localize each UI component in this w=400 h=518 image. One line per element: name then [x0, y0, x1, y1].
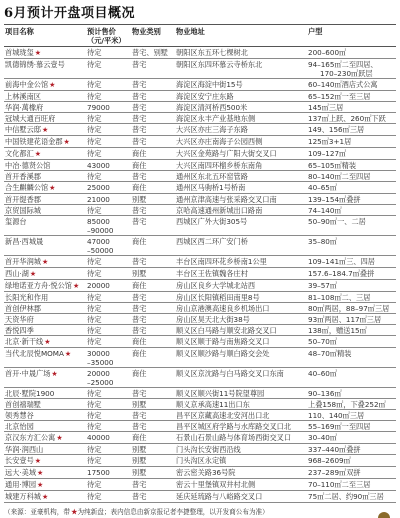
price: 待定 [87, 315, 131, 324]
project-name: 天资华府 [5, 315, 34, 324]
project-name-cell: 西山·湖★ [4, 268, 86, 280]
price-upper: –25000 [87, 378, 131, 387]
layout: 55–169㎡一至四居 [308, 422, 396, 431]
address: 密云十里堡镇双井村北侧 [175, 479, 307, 491]
property-type: 普宅 [131, 205, 175, 216]
price-cell: 待定 [86, 171, 131, 182]
table-row: 天资华府待定普宅房山区昊天北大街38号93㎡两居、117㎡三居 [4, 314, 396, 325]
price: 20000 [87, 369, 131, 378]
property-type: 普宅 [131, 325, 175, 336]
price: 79000 [87, 103, 131, 112]
project-name: 首开缇香郡 [5, 195, 41, 204]
property-type: 普宅 [131, 124, 175, 136]
new-project-star-icon: ★ [65, 350, 71, 358]
project-name-cell: 首开·中晟广场★ [4, 368, 86, 388]
property-type: 普宅 [131, 59, 175, 79]
project-name-cell: 冠城大通百旺府 [4, 113, 86, 124]
layout-cell: 74–140㎡ [307, 205, 396, 216]
property-type: 商住 [131, 432, 175, 444]
layout-cell: 48–70㎡精装 [307, 348, 396, 368]
address: 顺义区顺于路与南焦路交叉口 [175, 336, 307, 348]
layout-cell: 145㎡三居 [307, 102, 396, 113]
layout: 125㎡3+1居 [308, 137, 396, 146]
table-row: 绿地诺亚方舟·悦公馆★20000商住房山区良乡大学城北站西39–57㎡ [4, 280, 396, 292]
price-cell: 79000 [86, 102, 131, 113]
property-type: 普宅 [131, 216, 175, 236]
price-cell: 待定 [86, 47, 131, 59]
table-row: 领秀慧谷待定普宅昌平区京藏高速北安河出口北110、140㎡三居 [4, 410, 396, 421]
layout: 81–108㎡二、三居 [308, 293, 396, 302]
price: 43000 [87, 161, 131, 170]
price-cell: 待定 [86, 421, 131, 432]
project-name: 远大·美域 [5, 468, 36, 477]
project-name: 中国铁建花语金郡 [5, 137, 63, 146]
price: 待定 [87, 480, 131, 489]
project-name-cell: 首城珑玺★ [4, 47, 86, 59]
layout-cell: 125㎡3+1居 [307, 136, 396, 148]
table-row: 合生麒麟公馆★25000商住通州区马驹桥1号桥南40–65㎡ [4, 182, 396, 194]
price-cell: 待定 [86, 256, 131, 268]
table-row: 京贸国际城待定普宅京哈高速通州新城出口路南74–140㎡ [4, 205, 396, 216]
price-cell: 待定 [86, 91, 131, 102]
price-cell: 30000–35000 [86, 348, 131, 368]
address: 房山京港澳高速良乡机场出口 [175, 303, 307, 314]
address: 房山区良乡大学城北站西 [175, 280, 307, 292]
project-name-cell: 文化都汇★ [4, 148, 86, 160]
layout-cell: 35–80㎡ [307, 236, 396, 256]
price: 待定 [87, 411, 131, 420]
source-note-text-1: （来源：亚豪机构，带 [4, 508, 70, 516]
address: 大兴区亦庄三海子东路 [175, 124, 307, 136]
property-type: 普宅 [131, 479, 175, 491]
project-name-cell: 天资华府 [4, 314, 86, 325]
table-row: 京汉东方汇公寓★40000商住石景山石景山路与体育场西街交叉口30–40㎡ [4, 432, 396, 444]
address: 房山区长阳镇稻田南里8号 [175, 292, 307, 303]
project-name: 新昌·西城晟 [5, 237, 43, 246]
table-row: 前海中金公馆★待定普宅海淀区海淀中街15号60–140㎡酒店式公寓 [4, 79, 396, 91]
layout: 35–80㎡ [308, 237, 396, 246]
table-row: 华润·萬橡府79000普宅海淀区清河桥西500米145㎡三居 [4, 102, 396, 113]
price-cell: 待定 [86, 444, 131, 455]
table-row: 新昌·西城晟47000–50000商住西城区西二环广安门桥35–80㎡ [4, 236, 396, 256]
address: 密云密关路36号院 [175, 467, 307, 479]
property-type: 普宅、别墅 [131, 47, 175, 59]
layout: 80㎡两居，88–97㎡三居 [308, 304, 396, 313]
project-name: 香悦四季 [5, 326, 34, 335]
address: 顺义区顺兴街11号院望尊园 [175, 388, 307, 399]
property-type: 商住 [131, 348, 175, 368]
price: 17500 [87, 468, 131, 477]
table-row: 香悦四季待定普宅顺义区白马路与顺安北路交叉口138㎡，赠送15㎡ [4, 325, 396, 336]
layout-cell: 70–110㎡二至三居 [307, 479, 396, 491]
project-name: 北京·新干线 [5, 337, 43, 346]
layout: 149、156㎡三居 [308, 125, 396, 134]
property-type: 普宅 [131, 421, 175, 432]
address: 顺义京承高速11出口东 [175, 399, 307, 410]
price: 待定 [87, 400, 131, 409]
layout: 60–140㎡酒店式公寓 [308, 80, 396, 89]
article-page: 6月预计开盘项目概况 项目名称 预计售价 （元/平米） 物业类别 物业地址 户型… [0, 0, 400, 518]
project-name-cell: 前海中金公馆★ [4, 79, 86, 91]
price: 25000 [87, 183, 131, 192]
new-project-star-icon: ★ [35, 49, 41, 57]
project-name: 当代北辰悦MOMA [5, 349, 64, 358]
project-name-cell: 合生麒麟公馆★ [4, 182, 86, 194]
layout-continued: 170–230㎡跃层 [308, 69, 396, 78]
project-name-cell: 中冶·德贤公馆 [4, 160, 86, 171]
project-name: 京汉东方汇公寓 [5, 433, 55, 442]
property-type: 商住 [131, 236, 175, 256]
layout-cell: 81–108㎡二、三居 [307, 292, 396, 303]
address: 通州区东北五环窑管路 [175, 171, 307, 182]
layout-cell: 94–165㎡二至四居、170–230㎡跃层 [307, 59, 396, 79]
project-name-cell: 北辰·墅院1900 [4, 388, 86, 399]
address: 顺义区白马路与顺安北路交叉口 [175, 325, 307, 336]
project-name: 首城珑玺 [5, 48, 34, 57]
layout: 968–2609㎡ [308, 456, 396, 465]
price: 待定 [87, 337, 131, 346]
property-type: 别墅 [131, 455, 175, 467]
project-name: 领秀慧谷 [5, 411, 34, 420]
layout-cell: 200–600㎡ [307, 47, 396, 59]
layout-cell: 50–70㎡ [307, 336, 396, 348]
layout: 39–57㎡ [308, 281, 396, 290]
price: 待定 [87, 60, 131, 69]
new-project-star-icon: ★ [64, 138, 70, 146]
price-cell: 待定 [86, 388, 131, 399]
layout-cell: 55–169㎡一至四居 [307, 421, 396, 432]
property-type: 别墅 [131, 194, 175, 205]
layout-cell: 65–152㎡一至三居 [307, 91, 396, 102]
layout: 90–136㎡ [308, 389, 396, 398]
layout-cell: 90–136㎡ [307, 388, 396, 399]
layout-cell: 40–65㎡ [307, 182, 396, 194]
project-name-cell: 首创禧瑞墅 [4, 399, 86, 410]
price: 待定 [87, 48, 131, 57]
header-project-name: 项目名称 [4, 25, 86, 47]
project-name-cell: 领秀慧谷 [4, 410, 86, 421]
property-type: 普宅 [131, 136, 175, 148]
price-cell: 待定 [86, 455, 131, 467]
project-name-cell: 城建万科城★ [4, 491, 86, 503]
new-project-star-icon: ★ [51, 370, 57, 378]
layout-cell: 60–140㎡酒店式公寓 [307, 79, 396, 91]
address: 海淀区海淀中街15号 [175, 79, 307, 91]
table-row: 首创伊林郡待定普宅房山京港澳高速良乡机场出口80㎡两居，88–97㎡三居 [4, 303, 396, 314]
address: 通州京津高速与张采路交叉口南 [175, 194, 307, 205]
price: 待定 [87, 114, 131, 123]
table-row: 长安壹号★待定别墅门头沟区永定镇968–2609㎡ [4, 455, 396, 467]
price-upper: –35000 [87, 358, 131, 367]
address: 海淀区清河桥西500米 [175, 102, 307, 113]
project-name: 绿地诺亚方舟·悦公馆 [5, 281, 72, 290]
address: 顺义区顺沙路与顺白路交会处 [175, 348, 307, 368]
layout-cell: 137㎡上跃、260㎡下跃 [307, 113, 396, 124]
layout: 110、140㎡三居 [308, 411, 396, 420]
address: 房山区昊天北大街38号 [175, 314, 307, 325]
table-row: 通用·博园★待定普宅密云十里堡镇双井村北侧70–110㎡二至三居 [4, 479, 396, 491]
layout: 30–40㎡ [308, 433, 396, 442]
layout-cell: 65–105㎡精装 [307, 160, 396, 171]
property-type: 普宅 [131, 314, 175, 325]
price: 待定 [87, 149, 131, 158]
project-name-cell: 北京·新干线★ [4, 336, 86, 348]
project-name-cell: 绿地诺亚方舟·悦公馆★ [4, 280, 86, 292]
table-row: 北京·新干线★待定商住顺义区顺于路与南焦路交叉口50–70㎡ [4, 336, 396, 348]
price: 待定 [87, 326, 131, 335]
table-row: 长阳光和作用待定普宅房山区长阳镇稻田南里8号81–108㎡二、三居 [4, 292, 396, 303]
price: 待定 [87, 389, 131, 398]
table-row: 中冶·德贤公馆43000商住大兴区南四环榴乡桥东南角65–105㎡精装 [4, 160, 396, 171]
price-cell: 47000–50000 [86, 236, 131, 256]
layout: 65–152㎡一至三居 [308, 92, 396, 101]
property-type: 普宅 [131, 171, 175, 182]
price-cell: 待定 [86, 148, 131, 160]
table-row: 西山·湖★待定别墅丰台区王佐镇魏各庄村157.6–184.7㎡叠拼 [4, 268, 396, 280]
new-project-star-icon: ★ [44, 338, 50, 346]
project-name-cell: 华润·润西山 [4, 444, 86, 455]
project-name-cell: 京汉东方汇公寓★ [4, 432, 86, 444]
layout-cell: 109–127㎡ [307, 148, 396, 160]
layout: 70–110㎡二至三居 [308, 480, 396, 489]
table-row: 北京怡园待定普宅昌平区城区府学路与水库路交叉口北55–169㎡一至四居 [4, 421, 396, 432]
project-name-cell: 凯德锦绣·慕云壹号 [4, 59, 86, 79]
price-cell: 待定 [86, 292, 131, 303]
address: 大兴区亦庄南海子公园西侧 [175, 136, 307, 148]
price-cell: 待定 [86, 410, 131, 421]
layout-cell: 30–40㎡ [307, 432, 396, 444]
project-name: 长阳光和作用 [5, 293, 48, 302]
property-type: 普宅 [131, 113, 175, 124]
project-name: 长安壹号 [5, 456, 34, 465]
project-name-cell: 首开缇香郡 [4, 194, 86, 205]
table-row: 当代北辰悦MOMA★30000–35000商住顺义区顺沙路与顺白路交会处48–7… [4, 348, 396, 368]
project-name: 玺源台 [5, 217, 27, 226]
price: 待定 [87, 422, 131, 431]
property-type: 商住 [131, 182, 175, 194]
new-project-star-icon: ★ [37, 481, 43, 489]
project-name-cell: 中国铁建花语金郡★ [4, 136, 86, 148]
price-cell: 待定 [86, 113, 131, 124]
price-cell: 25000 [86, 182, 131, 194]
layout: 65–105㎡精装 [308, 161, 396, 170]
table-row: 远大·美域★17500别墅密云密关路36号院237–289㎡双拼 [4, 467, 396, 479]
table-row: 首开香溪郡待定普宅通州区东北五环窑管路80–140㎡二至四居 [4, 171, 396, 182]
address: 京哈高速通州新城出口路南 [175, 205, 307, 216]
price: 待定 [87, 206, 131, 215]
layout: 50–70㎡ [308, 337, 396, 346]
price-cell: 待定 [86, 124, 131, 136]
header-price: 预计售价 （元/平米） [86, 25, 131, 47]
source-note-text-2: 为纯新盘；表内信息由新京报记者李捷整理，以开发商公布为准） [78, 508, 269, 516]
price: 待定 [87, 492, 131, 501]
table-row: 凯德锦绣·慕云壹号待定普宅朝阳区东四环慕云寺桥东北94–165㎡二至四居、170… [4, 59, 396, 79]
layout: 109–141㎡三、四居 [308, 257, 396, 266]
project-name-cell: 玺源台 [4, 216, 86, 236]
table-row: 中国铁建花语金郡★待定普宅大兴区亦庄南海子公园西侧125㎡3+1居 [4, 136, 396, 148]
price: 待定 [87, 445, 131, 454]
layout: 94–165㎡二至四居、 [308, 60, 396, 69]
price-cell: 待定 [86, 479, 131, 491]
address: 昌平区京藏高速北安河出口北 [175, 410, 307, 421]
layout: 237–289㎡双拼 [308, 468, 396, 477]
address: 西城区广外大街305号 [175, 216, 307, 236]
project-name: 中信墅云邸 [5, 125, 41, 134]
new-project-star-icon: ★ [35, 150, 41, 158]
project-name-cell: 中信墅云邸★ [4, 124, 86, 136]
address: 延庆延琉路与八峪路交叉口 [175, 491, 307, 503]
layout-cell: 968–2609㎡ [307, 455, 396, 467]
address: 石景山石景山路与体育场西街交叉口 [175, 432, 307, 444]
layout: 50–90㎡一、二居 [308, 217, 396, 226]
new-project-star-icon: ★ [73, 282, 79, 290]
layout-cell: 337–440㎡叠拼 [307, 444, 396, 455]
price: 待定 [87, 456, 131, 465]
price: 30000 [87, 349, 131, 358]
price: 待定 [87, 137, 131, 146]
layout: 75㎡二居、约90㎡三居 [308, 492, 396, 501]
address: 西城区西二环广安门桥 [175, 236, 307, 256]
address: 门头沟长安街西沿线 [175, 444, 307, 455]
project-name-cell: 长安壹号★ [4, 455, 86, 467]
price-cell: 20000–25000 [86, 368, 131, 388]
project-name-cell: 华润·萬橡府 [4, 102, 86, 113]
project-name: 北京怡园 [5, 422, 34, 431]
new-project-star-icon: ★ [49, 81, 55, 89]
project-name-cell: 长阳光和作用 [4, 292, 86, 303]
price: 21000 [87, 195, 131, 204]
project-name: 首创禧瑞墅 [5, 400, 41, 409]
layout: 145㎡三居 [308, 103, 396, 112]
header-property-type: 物业类别 [131, 25, 175, 47]
price-cell: 待定 [86, 136, 131, 148]
property-type: 别墅 [131, 467, 175, 479]
project-name-cell: 当代北辰悦MOMA★ [4, 348, 86, 368]
table-row: 中信墅云邸★待定普宅大兴区亦庄三海子东路149、156㎡三居 [4, 124, 396, 136]
layout-cell: 50–90㎡一、二居 [307, 216, 396, 236]
price-cell: 85000–90000 [86, 216, 131, 236]
property-type: 商住 [131, 148, 175, 160]
price: 47000 [87, 237, 131, 246]
price-cell: 待定 [86, 336, 131, 348]
price-cell: 待定 [86, 303, 131, 314]
project-name: 城建万科城 [5, 492, 41, 501]
layout: 109–127㎡ [308, 149, 396, 158]
price-cell: 待定 [86, 268, 131, 280]
table-row: 首开缇香郡21000别墅通州京津高速与张采路交叉口南139–154㎡叠拼 [4, 194, 396, 205]
layout: 139–154㎡叠拼 [308, 195, 396, 204]
source-note: （来源：亚豪机构，带★为纯新盘；表内信息由新京报记者李捷整理，以开发商公布为准） [4, 508, 396, 517]
address: 门头沟区永定镇 [175, 455, 307, 467]
project-name: 中冶·德贤公馆 [5, 161, 50, 170]
project-name: 首开香溪郡 [5, 172, 41, 181]
new-project-star-icon: ★ [49, 184, 55, 192]
logo-stamp-icon [378, 512, 390, 518]
layout-cell: 109–141㎡三、四居 [307, 256, 396, 268]
layout-cell: 80㎡两居，88–97㎡三居 [307, 303, 396, 314]
price-cell: 待定 [86, 314, 131, 325]
project-name-cell: 首开香溪郡 [4, 171, 86, 182]
page-title: 6月预计开盘项目概况 [4, 0, 396, 22]
project-name-cell: 上林溪南区 [4, 91, 86, 102]
address: 顺义区京沈路与白马路交叉口东南 [175, 368, 307, 388]
price-cell: 待定 [86, 399, 131, 410]
price: 待定 [87, 125, 131, 134]
table-row: 首开·中晟广场★20000–25000商住顺义区京沈路与白马路交叉口东南40–6… [4, 368, 396, 388]
price-cell: 21000 [86, 194, 131, 205]
price-cell: 17500 [86, 467, 131, 479]
project-name-cell: 首开华润城★ [4, 256, 86, 268]
property-type: 商住 [131, 336, 175, 348]
price: 待定 [87, 304, 131, 313]
property-type: 普宅 [131, 410, 175, 421]
property-type: 普宅 [131, 292, 175, 303]
price: 85000 [87, 217, 131, 226]
table-row: 城建万科城★待定普宅延庆延琉路与八峪路交叉口75㎡二居、约90㎡三居 [4, 491, 396, 503]
table-row: 首开华润城★待定普宅丰台区南四环花乡桥南1公里109–141㎡三、四居 [4, 256, 396, 268]
property-type: 商住 [131, 280, 175, 292]
star-icon: ★ [71, 508, 78, 516]
price: 20000 [87, 281, 131, 290]
price-cell: 待定 [86, 79, 131, 91]
address: 丰台区南四环花乡桥南1公里 [175, 256, 307, 268]
layout: 200–600㎡ [308, 48, 396, 57]
price: 待定 [87, 172, 131, 181]
new-project-star-icon: ★ [56, 434, 62, 442]
table-row: 华润·润西山待定别墅门头沟长安街西沿线337–440㎡叠拼 [4, 444, 396, 455]
table-row: 冠城大通百旺府待定普宅海淀区永丰产业基地东侧137㎡上跃、260㎡下跃 [4, 113, 396, 124]
layout: 74–140㎡ [308, 206, 396, 215]
table-body: 首城珑玺★待定普宅、别墅朝阳区东五环七棵树北200–600㎡凯德锦绣·慕云壹号待… [4, 47, 396, 503]
layout: 40–60㎡ [308, 369, 396, 378]
address: 昌平区城区府学路与水库路交叉口北 [175, 421, 307, 432]
project-name: 冠城大通百旺府 [5, 114, 55, 123]
project-name: 华润·萬橡府 [5, 103, 43, 112]
new-project-star-icon: ★ [30, 270, 36, 278]
new-project-star-icon: ★ [42, 493, 48, 501]
price-upper: –50000 [87, 246, 131, 255]
project-name-cell: 通用·博园★ [4, 479, 86, 491]
price-cell: 待定 [86, 59, 131, 79]
layout-cell: 40–60㎡ [307, 368, 396, 388]
layout: 80–140㎡二至四居 [308, 172, 396, 181]
table-row: 首创禧瑞墅待定别墅顺义京承高速11出口东上叠158㎡，下叠252㎡ [4, 399, 396, 410]
address: 海淀区永丰产业基地东侧 [175, 113, 307, 124]
price: 待定 [87, 257, 131, 266]
layout: 93㎡两居、117㎡三居 [308, 315, 396, 324]
project-name-cell: 香悦四季 [4, 325, 86, 336]
project-name: 首开华润城 [5, 257, 41, 266]
project-name-cell: 新昌·西城晟 [4, 236, 86, 256]
new-project-star-icon: ★ [42, 258, 48, 266]
property-type: 普宅 [131, 102, 175, 113]
price-cell: 待定 [86, 325, 131, 336]
table-row: 文化都汇★待定商住大兴区金苑路与广阳大街交叉口109–127㎡ [4, 148, 396, 160]
layout: 上叠158㎡，下叠252㎡ [308, 400, 396, 409]
property-type: 普宅 [131, 388, 175, 399]
price-upper: –90000 [87, 226, 131, 235]
project-name: 文化都汇 [5, 149, 34, 158]
project-name: 京贸国际城 [5, 206, 41, 215]
layout-cell: 237–289㎡双拼 [307, 467, 396, 479]
price-cell: 20000 [86, 280, 131, 292]
property-type: 普宅 [131, 491, 175, 503]
property-type: 商住 [131, 160, 175, 171]
table-row: 玺源台85000–90000普宅西城区广外大街305号50–90㎡一、二居 [4, 216, 396, 236]
property-type: 普宅 [131, 256, 175, 268]
new-project-star-icon: ★ [42, 126, 48, 134]
layout-cell: 157.6–184.7㎡叠拼 [307, 268, 396, 280]
